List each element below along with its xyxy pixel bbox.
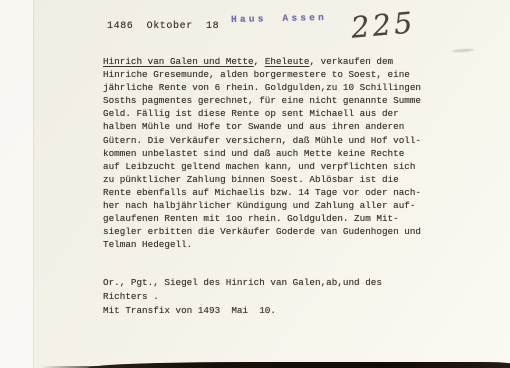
- text-segment: jährliche Rente von 6 rhein. Goldgulden,…: [103, 82, 421, 93]
- body-line: Hinriche Gresemunde, alden borgermestere…: [103, 68, 443, 81]
- text-segment: auf Leibzucht geltend machen kann, und v…: [103, 161, 415, 172]
- body-line: gelaufenen Renten mit 1oo rhein. Goldgul…: [103, 212, 443, 225]
- text-segment: kommen unbelastet sind und daß auch Mett…: [103, 148, 404, 159]
- body-line: halben Mühle und Hofe tor Swande und aus…: [103, 120, 443, 133]
- document-date: 1486 Oktober 18: [107, 21, 219, 32]
- text-segment: Rente ebenfalls auf Michaelis bzw. 14 Ta…: [103, 187, 421, 198]
- text-segment: ,: [254, 56, 265, 67]
- card-bottom-shadow: [88, 362, 510, 368]
- text-segment: gelaufenen Renten mit 1oo rhein. Goldgul…: [103, 213, 399, 224]
- underlined-text-segment: Hinrich van Galen und Mette: [103, 56, 254, 67]
- regest-body: Hinrich van Galen und Mette, Eheleute, v…: [103, 55, 443, 251]
- card-left-edge: [0, 0, 34, 368]
- footer-line: Mit Transfix von 1493 Mai 10.: [103, 304, 443, 318]
- body-line: her nach halbjährlicher Kündigung und Za…: [103, 199, 443, 212]
- smudge-mark: [452, 48, 474, 53]
- body-line: jährliche Rente von 6 rhein. Goldgulden,…: [103, 81, 443, 94]
- text-segment: Hinriche Gresemunde, alden borgermestere…: [103, 69, 410, 80]
- underlined-text-segment: Eheleute: [265, 56, 310, 67]
- body-line: kommen unbelastet sind und daß auch Mett…: [103, 147, 443, 160]
- text-segment: siegler erbitten die Verkäufer Goderde v…: [103, 226, 421, 237]
- body-line: zu pünktlicher Zahlung binnen Soest. Abl…: [103, 173, 443, 186]
- archive-stamp: Haus Assen: [231, 12, 327, 25]
- text-segment: halben Mühle und Hofe tor Swande und aus…: [103, 121, 404, 132]
- body-line: Rente ebenfalls auf Michaelis bzw. 14 Ta…: [103, 186, 443, 199]
- body-line: Sosths pagmentes gerechnet, für eine nic…: [103, 94, 443, 107]
- body-line: auf Leibzucht geltend machen kann, und v…: [103, 160, 443, 173]
- text-segment: Geld. Fällig ist diese Rente op sent Mic…: [103, 108, 399, 119]
- footer-line: Richters .: [103, 290, 443, 304]
- index-card-scan: 1486 Oktober 18 Haus Assen 225 Hinrich v…: [0, 0, 510, 368]
- body-line: Geld. Fällig ist diese Rente op sent Mic…: [103, 107, 443, 120]
- text-segment: Telman Hedegell.: [103, 239, 192, 250]
- text-segment: , verkaufen dem: [309, 56, 393, 67]
- text-segment: Gütern. Die Verkäufer versichern, daß Mü…: [103, 135, 421, 146]
- seal-and-transfix-notes: Or., Pgt., Siegel des Hinrich van Galen,…: [103, 276, 443, 318]
- body-line: Hinrich van Galen und Mette, Eheleute, v…: [103, 55, 443, 68]
- card-number-handwritten: 225: [350, 5, 417, 44]
- footer-line: Or., Pgt., Siegel des Hinrich van Galen,…: [103, 276, 443, 290]
- text-segment: her nach halbjährlicher Kündigung und Za…: [103, 200, 415, 211]
- body-line: siegler erbitten die Verkäufer Goderde v…: [103, 225, 443, 238]
- body-line: Gütern. Die Verkäufer versichern, daß Mü…: [103, 134, 443, 147]
- text-segment: Sosths pagmentes gerechnet, für eine nic…: [103, 95, 421, 106]
- body-line: Telman Hedegell.: [103, 238, 443, 251]
- text-segment: zu pünktlicher Zahlung binnen Soest. Abl…: [103, 174, 399, 185]
